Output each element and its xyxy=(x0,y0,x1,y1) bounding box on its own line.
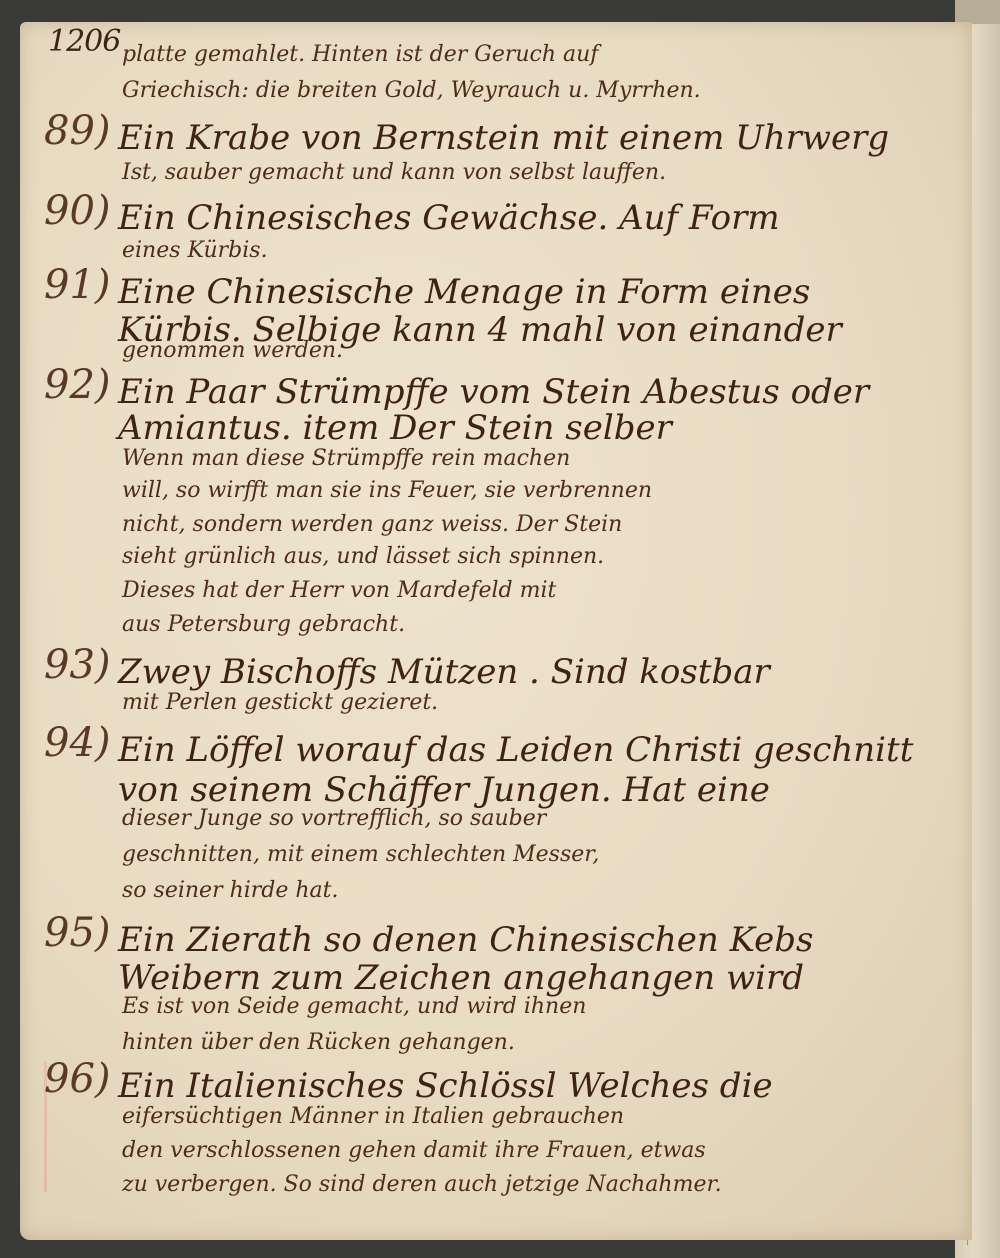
text-line: eines Kürbis. xyxy=(122,238,268,263)
entry-heading-line: Zwey Bischoffs Mützen . Sind kostbar xyxy=(118,652,770,692)
text-line: so seiner hirde hat. xyxy=(122,878,339,903)
entry-number: 89) xyxy=(44,108,111,154)
entry-number: 93) xyxy=(44,642,111,688)
entry-heading-line: Ein Zierath so denen Chinesischen Kebs xyxy=(118,920,813,960)
entry-number: 94) xyxy=(44,720,111,766)
entry-heading-line: Eine Chinesische Menage in Form eines xyxy=(118,272,810,312)
text-line: Griechisch: die breiten Gold, Weyrauch u… xyxy=(122,78,701,103)
text-line: zu verbergen. So sind deren auch jetzige… xyxy=(122,1172,722,1197)
text-line: hinten über den Rücken gehangen. xyxy=(122,1030,515,1055)
text-line: geschnitten, mit einem schlechten Messer… xyxy=(122,842,599,867)
entry-heading-line: Ein Löffel worauf das Leiden Christi ges… xyxy=(118,730,913,770)
entry-number: 95) xyxy=(44,910,111,956)
text-line: will, so wirfft man sie ins Feuer, sie v… xyxy=(122,478,652,503)
entry-heading-line: Ein Paar Strümpffe vom Stein Abestus ode… xyxy=(118,372,869,412)
text-line: genommen werden. xyxy=(122,338,343,363)
text-line: Dieses hat der Herr von Mardefeld mit xyxy=(122,578,556,603)
text-line: nicht, sondern werden ganz weiss. Der St… xyxy=(122,512,622,537)
text-line: dieser Junge so vortrefflich, so sauber xyxy=(122,806,546,831)
page-number: 1206 xyxy=(48,24,120,59)
text-line: sieht grünlich aus, und lässet sich spin… xyxy=(122,544,604,569)
entry-heading-line: Ein Chinesisches Gewächse. Auf Form xyxy=(118,198,780,238)
entry-number: 90) xyxy=(44,188,111,234)
text-line: den verschlossenen gehen damit ihre Frau… xyxy=(122,1138,706,1163)
text-line: platte gemahlet. Hinten ist der Geruch a… xyxy=(122,42,598,67)
binding-top-edge xyxy=(955,0,1000,24)
text-line: Weibern zum Zeichen angehangen wird xyxy=(118,958,804,998)
text-line: aus Petersburg gebracht. xyxy=(122,612,405,637)
text-line: Wenn man diese Strümpffe rein machen xyxy=(122,446,570,471)
text-line: Es ist von Seide gemacht, und wird ihnen xyxy=(122,994,586,1019)
text-line: Amiantus. item Der Stein selber xyxy=(118,408,672,448)
text-line: mit Perlen gestickt gezieret. xyxy=(122,690,438,715)
entry-number: 96) xyxy=(44,1056,111,1102)
entry-number: 91) xyxy=(44,262,111,308)
entry-number: 92) xyxy=(44,362,111,408)
entry-heading-line: Ein Italienisches Schlössl Welches die xyxy=(118,1066,773,1106)
text-line: eifersüchtigen Männer in Italien gebrauc… xyxy=(122,1104,624,1129)
text-line: Ist, sauber gemacht und kann von selbst … xyxy=(122,160,666,185)
text-line: von seinem Schäffer Jungen. Hat eine xyxy=(118,770,770,810)
entry-heading-line: Ein Krabe von Bernstein mit einem Uhrwer… xyxy=(118,118,889,158)
